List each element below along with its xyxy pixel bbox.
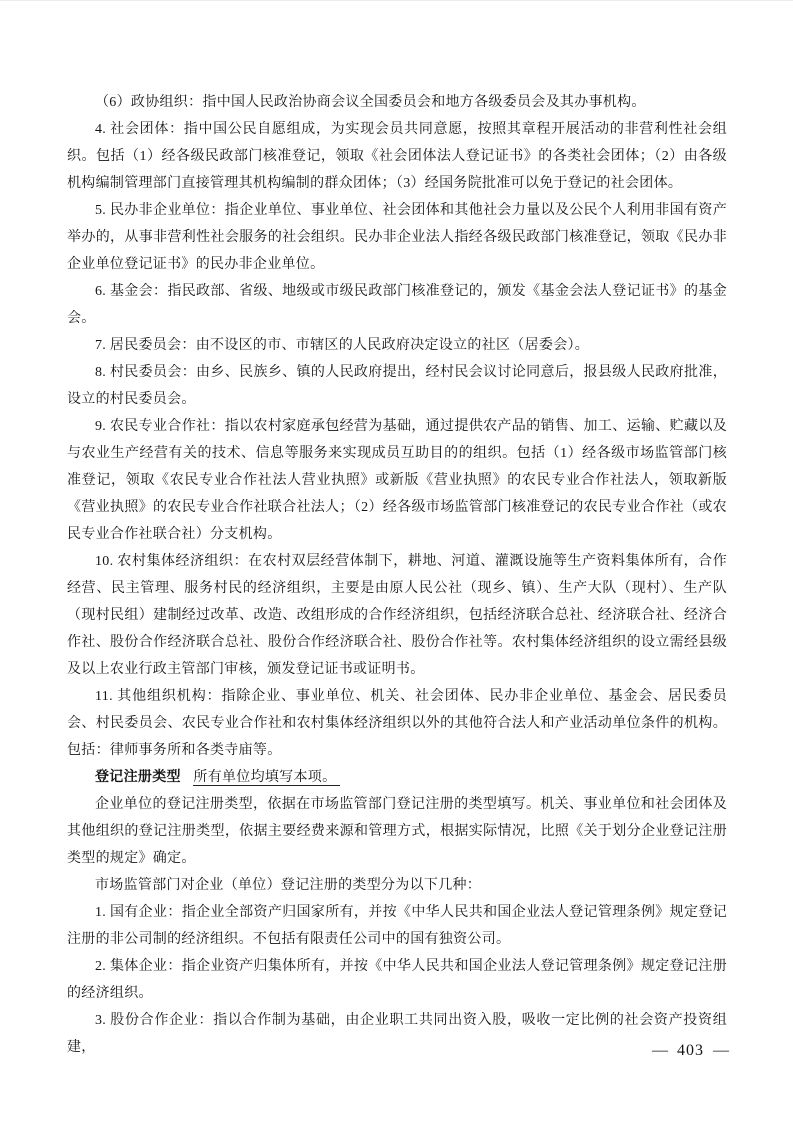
paragraph-joint-stock-cooperative-enterprises: 3. 股份合作企业：指以合作制为基础，由企业职工共同出资入股，吸收一定比例的社会… (67, 1007, 727, 1061)
paragraph-other-organizations: 11. 其他组织机构：指除企业、事业单位、机关、社会团体、民办非企业单位、基金会… (67, 683, 727, 764)
paragraph-registration-type-list-intro: 市场监管部门对企业（单位）登记注册的类型分为以下几种： (67, 872, 727, 899)
section-heading-underlined-note: 所有单位均填写本项。 (193, 770, 340, 786)
page-number-dash-right: — (713, 1042, 729, 1059)
paragraph-collective-enterprises: 2. 集体企业：指企业资产归集体所有，并按《中华人民共和国企业法人登记管理条例》… (67, 953, 727, 1007)
paragraph-registration-type-basis: 企业单位的登记注册类型，依据在市场监管部门登记注册的类型填写。机关、事业单位和社… (67, 791, 727, 872)
paragraph-state-owned-enterprises: 1. 国有企业：指企业全部资产归国家所有，并按《中华人民共和国企业法人登记管理条… (67, 899, 727, 953)
paragraph-farmers-cooperatives: 9. 农民专业合作社：指以农村家庭承包经营为基础，通过提供农产品的销售、加工、运… (67, 413, 727, 548)
section-heading-registration-type: 登记注册类型所有单位均填写本项。 (67, 764, 727, 791)
page-number-dash-left: — (652, 1042, 668, 1059)
paragraph-private-non-enterprise-units: 5. 民办非企业单位：指企业单位、事业单位、社会团体和其他社会力量以及公民个人利… (67, 197, 727, 278)
paragraph-foundations: 6. 基金会：指民政部、省级、地级或市级民政部门核准登记的，颁发《基金会法人登记… (67, 278, 727, 332)
paragraph-residents-committees: 7. 居民委员会：由不设区的市、市辖区的人民政府决定设立的社区（居委会）。 (67, 332, 727, 359)
paragraph-rural-collective-economic-organizations: 10. 农村集体经济组织：在农村双层经营体制下，耕地、河道、灌溉设施等生产资料集… (67, 548, 727, 683)
section-heading-term: 登记注册类型 (95, 770, 181, 785)
document-body: （6）政协组织：指中国人民政治协商会议全国委员会和地方各级委员会及其办事机构。 … (67, 89, 727, 1061)
paragraph-social-organizations: 4. 社会团体：指中国公民自愿组成，为实现会员共同意愿，按照其章程开展活动的非营… (67, 116, 727, 197)
paragraph-villagers-committees: 8. 村民委员会：由乡、民族乡、镇的人民政府提出，经村民会议讨论同意后，报县级人… (67, 359, 727, 413)
paragraph-cppcc-organizations: （6）政协组织：指中国人民政治协商会议全国委员会和地方各级委员会及其办事机构。 (67, 89, 727, 116)
document-page: （6）政协组织：指中国人民政治协商会议全国委员会和地方各级委员会及其办事机构。 … (0, 0, 793, 1122)
page-number-value: 403 (677, 1042, 704, 1059)
page-number: —403— (652, 1041, 729, 1061)
